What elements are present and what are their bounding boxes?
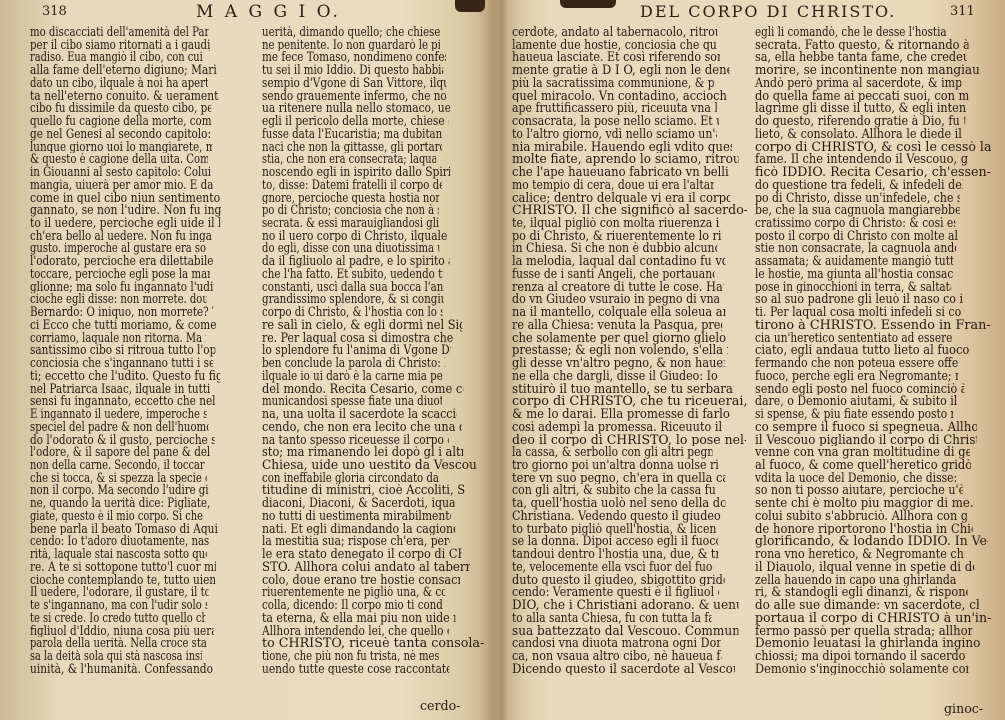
text-line: cendo, che non era lecito che una don- (262, 421, 462, 434)
text-line: ci Ecco che tutti moriamo, & come acqua (30, 319, 217, 332)
text-line: po di Christo, disse un'infedele, che sa… (755, 192, 960, 205)
text-line: molte fiate, aprendo lo sciamo, ritrouò (512, 153, 738, 166)
text-line: & me lo darai. Ella promesse di farlo, & (512, 408, 730, 421)
text-line: santissimo cibo si ritroua tutto l'oppos… (30, 344, 215, 357)
text-line: ge nel Genesi al secondo capitolo: In qu… (30, 128, 215, 141)
text-line: deo il corpo di CHRISTO, lo pose nel- (512, 434, 746, 447)
text-line: lamente due hostie, conciosia che quiui … (512, 39, 717, 52)
text-line: stie non consacrate, la cagnuola andosse… (755, 242, 956, 255)
text-line: noscendo egli in ispirito dallo Spiritos… (262, 166, 450, 179)
text-line: re alla Chiesa: venuta la Pasqua, pregol… (512, 319, 722, 332)
text-line: bene parla il beato Tomaso di Aquino, di… (30, 523, 218, 536)
text-line: speciel del padre & non dell'huomo, seco… (30, 421, 209, 434)
text-line: na il mantello, colquale ella soleua and… (512, 306, 725, 319)
text-line: ch'era bello al uedere. Non fu ingannato… (30, 230, 212, 243)
text-line: to l'altro giorno, vdì nello sciamo un'a… (512, 128, 717, 141)
text-line: uerità, dimando quello; che chiese il la… (262, 26, 442, 39)
text-line: cendo: Veramente questi è il figliuol d'… (512, 586, 719, 599)
text-line: consacrata, la pose nello sciamo. Et uen… (512, 115, 719, 128)
text-line: glorificando, & lodando IDDIO. In Ve- (755, 535, 988, 548)
page-number: 318 (42, 4, 67, 19)
text-line: il Vescouo pigliando il corpo di Christo… (755, 434, 977, 447)
catchword: cerdo- (420, 698, 460, 713)
text-line: to turbato pigliò quell'hostia, & licent… (512, 523, 717, 536)
text-line: sensi fu ingannato, eccetto che nell'udi… (30, 395, 215, 408)
text-line: gli desse vn'altro pegno, & non hauendo- (512, 357, 725, 370)
text-line: ri, & standogli egli dinanzi, & risponde… (755, 586, 968, 599)
text-line: & questo è cagione della uita. Come si d… (30, 153, 208, 166)
text-line: fusse de i santi Angeli, che portauano r… (512, 268, 715, 281)
text-line: dare, o Demonio aiutami, & subito il fuo… (755, 395, 961, 408)
text-line: in Chiesa. Si che non è dubbio alcuno, c… (512, 242, 718, 255)
right-page: DEL CORPO DI CHRISTO. 311 cerdote, andat… (500, 0, 1005, 720)
text-line: assamata; & auidamente mangiò tutte quel… (755, 255, 953, 268)
text-line: gnore, percioche questa hostia non è il … (262, 192, 439, 205)
text-line: l'odorato, percioche era dilettabile. No… (30, 255, 214, 268)
text-line: titudine di ministri, cioè Accoliti, Sud… (262, 484, 465, 497)
text-column-left-2: uerità, dimando quello; che chiese il la… (262, 26, 484, 675)
text-line: sendo egli posto nel fuoco cominciò à gr… (755, 383, 964, 396)
text-line: stia, che non era consecrata; laqual cos… (262, 153, 436, 166)
text-line: nel Patriarca Isaac, ilquale in tutti gl… (30, 383, 213, 396)
text-line: alla fame dell'eterno digiuno; Maria ci … (30, 64, 217, 77)
text-column-right-1: cerdote, andato al tabernacolo, ritrouò … (512, 26, 748, 675)
text-line: sa, ella hebbe tanta fame, che credeua d… (755, 51, 967, 64)
text-line: po di Christo; conciosia che non à stata… (262, 204, 439, 217)
text-line: corriamo, laquale non ritorna. Ma in que… (30, 332, 206, 345)
text-line: lagrime gli disse il tutto, & egli inten… (755, 102, 966, 115)
text-line: te, ilqual pigliò con molta riuerenza il… (512, 217, 719, 230)
text-line: pose in ginocchioni in terra, & saltata … (755, 281, 951, 294)
text-line: tro giorno poi un'altra donna uolse risc… (512, 459, 718, 472)
text-line: chiossi; ma dipoi tornando il sacerdote,… (755, 650, 966, 663)
text-line: fame. Il che intendendo il Vescouo, glor… (755, 153, 968, 166)
text-line: corpo di CHRISTO, & così le cessò la (755, 141, 991, 154)
text-line: sente chi è molto piu maggior di me. Et (755, 497, 975, 510)
text-line: haueua lasciate. Et così riferendo somma… (512, 51, 720, 64)
text-line: morire, se incontinente non mangiaua. (755, 64, 980, 77)
text-line: fermo passò per quella strada; allhora i… (755, 625, 973, 638)
text-line: le hostie, ma giunta all'hostia consacra… (755, 268, 953, 281)
text-line: quello fu cagione della morte, come si l… (30, 115, 212, 128)
text-line: radiso. Eua mangiò il cibo, con cui c'in… (30, 51, 204, 64)
text-line: si spense, & piu fiate essendo posto nel… (755, 408, 953, 421)
text-line: mangia, uiuerà per amor mio. E da sapere (30, 179, 213, 192)
text-line: del mondo. Recita Cesario, come com- (262, 383, 463, 396)
text-line: dato un cibo, ilquale à noi ha aperto l'… (30, 77, 208, 90)
text-column-left-1: mo discacciati dell'amenità del Paradiso… (30, 26, 252, 675)
text-column-right-2: egli li comandò, che le desse l'hostia n… (755, 26, 991, 675)
text-line: grandissimo splendore, & si congiunse co… (262, 293, 444, 306)
text-line: cratissimo corpo di Christo: & così esse… (755, 217, 955, 230)
text-line: colla, dicendo: Il corpo mio ti conduca … (262, 599, 443, 612)
text-line: no il uero corpo di Christo, ilquale ued… (262, 230, 449, 243)
text-line: calice; dentro delquale vi era il corpo … (512, 192, 730, 205)
text-line: la mestitia sua; rispose ch'era, percioc… (262, 535, 450, 548)
text-line: mente gratie à D I O, egli non le denegò (512, 64, 730, 77)
text-line: ti; eccetto che l'udito. Questo fu figur… (30, 370, 220, 383)
text-line: con ineffabile gloria circondato da una … (262, 472, 441, 485)
text-line: non il corpo. Ma secondo l'udire giudica… (30, 484, 209, 497)
text-line: to il uedere, percioche egli uide il leg… (30, 217, 220, 230)
text-line: che si tocca, & si spezza la specie del … (30, 472, 207, 485)
text-line: egli li comandò, che le desse l'hostia n… (755, 26, 948, 39)
text-line: ne, quando la uerità dice: Pigliate, & m… (30, 497, 212, 510)
text-line: do questo, riferendo gratie à Dio, fu tu… (755, 115, 965, 128)
text-line: figliuol d'Iddio, niuna cosa più uera ch… (30, 625, 214, 638)
text-line: ta nell'eterno conuito. & ueramente quel (30, 90, 219, 103)
text-line: uinità, & l'humanità. Confessando questa (30, 663, 217, 676)
text-line: ua ritenere nulla nello stomaco, uedendo (262, 102, 450, 115)
text-line: fermando che non poteua essere offeso da… (755, 357, 958, 370)
text-line: cerdote, andato al tabernacolo, ritrouò … (512, 26, 718, 39)
text-line: secrata. Fatto questo, & ritornando à ca… (755, 39, 968, 52)
text-line: co sempre il fuoco si spegneua. Allhora (755, 421, 977, 434)
text-line: fusse data l'Eucaristia; ma dubitando i … (262, 128, 442, 141)
text-line: ne penitente. Io non guardarò le piaghe,… (262, 39, 440, 52)
text-line: sua battezzato dal Vescouo. Communi- (512, 625, 738, 638)
text-line: egli il pericolo della morte, chiese che… (262, 115, 449, 128)
text-line: te si crede. Io credo tutto quello che d… (30, 612, 205, 625)
text-line: do questione tra fedeli, & infedeli del … (755, 179, 963, 192)
text-line: posto il corpo di Christo con molte altr… (755, 230, 958, 243)
text-line: duto questo il giudeo, sbigottito gridò … (512, 574, 725, 587)
text-line: l'odore, & il sapore del pane & del uino… (30, 446, 212, 459)
text-line: so non ti posso aiutare, percioche u'è p… (755, 484, 963, 497)
text-line: Bernardo: O iniquo, non morrete? Tu lo d… (30, 306, 213, 319)
page-number: 311 (950, 4, 975, 19)
text-line: DIO, che i Christiani adorano. & uenu- (512, 599, 738, 612)
text-line: so al suo padrone gli leuò il naso co i … (755, 293, 963, 306)
text-line: tandoui dentro l'hostia una, due, & tre … (512, 548, 718, 561)
running-title: M A G G I O. (196, 2, 341, 22)
text-line: sempio d'Vgone di San Vittore, ilquale e… (262, 77, 447, 90)
text-line: gannato, se non l'udire. Non fu inganna- (30, 204, 221, 217)
text-line: mo discacciati dell'amenità del Paradiso… (30, 26, 209, 39)
text-line: no tutti di uestimenta mirabilmente ador (262, 510, 451, 523)
text-line: nia mirabile. Hauendo egli vdito questo (512, 141, 732, 154)
text-line: STO. Allhora colui andato al taberna- (262, 561, 470, 574)
text-line: corpo di Christo, & l'hostia con lo sple… (262, 306, 443, 319)
text-line: secrata. & essi marauigliandosi gli port… (262, 217, 439, 230)
text-line: lunque giorno uoi lo mangiarete, morrete… (30, 141, 213, 154)
text-line: ficò IDDIO. Recita Cesario, ch'essen- (755, 166, 992, 179)
text-line: ilquale io ui darò è la carne mia per la… (262, 370, 443, 383)
text-line: Andò però prima al sacerdote, & imputan- (755, 77, 961, 90)
text-line: Allhora intendendo lei, che quello era s… (262, 625, 449, 638)
text-line: to, disse: Datemi fratelli il corpo del … (262, 179, 442, 192)
text-line: per il cibo siamo ritornati a i gaudij d… (30, 39, 210, 52)
text-line: sto; ma rimanendo lei dopò gl i altri in (262, 446, 463, 459)
text-line: come in quel cibo niun sentimento fu in- (30, 192, 222, 205)
text-line: tirono à CHRISTO. Essendo in Fran- (755, 319, 995, 332)
text-line: conciosia che s'ingannano tutti i sentim… (30, 357, 213, 370)
text-line: me fece Tomaso, nondimeno confesso che (262, 51, 446, 64)
text-line: na, una uolta il sacerdote la scacciò, d… (262, 408, 457, 421)
text-line: Il uedere, l'odorare, il gustare, il toc… (30, 586, 209, 599)
text-line: vdita la uoce del Demonio, che disse: Ad… (755, 472, 956, 485)
text-line: renza al creatore di tutte le cose. Haue… (512, 281, 724, 294)
text-line: be, che la sua cagnuola mangiarebbe il s… (755, 204, 960, 217)
text-line: nati. Et egli dimandando la cagione del- (262, 523, 455, 536)
text-line: al fuoco, & come quell'heretico gridò, f… (755, 459, 971, 472)
text-line: cia un'heretico sententiato ad essere ab… (755, 332, 953, 345)
text-line: lieto, & consolato. Allhora le diede il … (755, 128, 964, 141)
text-line: cibo fu dissimile da questo cibo, percio… (30, 102, 211, 115)
text-line: che l'ha fatto. Et subito, uedendo tutti… (262, 268, 443, 281)
text-line: ape fruttificassero più, riceuuta vna ho… (512, 102, 717, 115)
text-line: ca, non vsaua altro cibo, nè haueua fame… (512, 650, 721, 663)
text-line: ta eterna, & ella mai piu non uide nulla… (262, 612, 455, 625)
text-line: tu sei il mio Iddio. Di questo habbiamo … (262, 64, 443, 77)
text-line: re. A te si sottopone tutto'l cuor mio, … (30, 561, 216, 574)
text-line: na tanto spesso riceuesse il corpo di Ch… (262, 434, 449, 447)
text-line: lo splendore fu l'anima di Vgone Dunque (262, 344, 451, 357)
text-line: do vn Giudeo vsuraio in pegno di vna don… (512, 293, 719, 306)
text-line: cioche contemplando te, tutto uien meno. (30, 574, 215, 587)
text-line: do alle sue dimande: vn sacerdote, che (755, 599, 979, 612)
text-line: stituirò il tuo mantello, se tu serbarai… (512, 383, 734, 396)
text-line: non della carne. Secondo, il toccare, pe… (30, 459, 205, 472)
text-line: Dicendo questo il sacerdote al Vescouo (512, 663, 735, 676)
text-line: la cassa, & serbollo con gli altri pegni… (512, 446, 712, 459)
text-line: così adempì la promessa. Riceuuto il giu… (512, 421, 724, 434)
text-line: le era stato denegato il corpo di CHRI- (262, 548, 462, 561)
text-line: Demonio leuatasi la ghirlanda inginoc- (755, 637, 980, 650)
text-line: constanti, uscì dalla sua bocca l'anima … (262, 281, 443, 294)
text-line: riuerentemente ne pigliò una, & communi (262, 586, 445, 599)
text-line: diaconi, Diaconi, & Sacerdoti, iquali er… (262, 497, 455, 510)
text-line: do egli, disse con una diuotissima uoce:… (262, 242, 439, 255)
text-line: rona vno heretico, & Negromante chiamò (755, 548, 964, 561)
text-line: in Giouanni al sesto capitolo: Colui, ch… (30, 166, 211, 179)
text-line: cioche egli disse: non morrete. doue dic… (30, 293, 207, 306)
text-line: venne con vna gran moltitudine di gente (755, 446, 970, 459)
text-line: to CHRISTO, riceuè tanta consola- (262, 637, 486, 650)
text-line: quel miracolo. Vn contadino, accioche le (512, 90, 727, 103)
text-line: tere vn suo pegno, ch'era in quella cass… (512, 472, 725, 485)
text-line: toccare, percioche egli pose la mano, & … (30, 268, 210, 281)
text-line: glionne; ma solo fu ingannato l'udito, p… (30, 281, 214, 294)
text-line: do quella fame ai peccati suoi, con molt… (755, 90, 968, 103)
text-line: cendo: Io t'adoro diuotamente, nascosta … (30, 535, 209, 548)
text-line: ciato, egli andaua tutto lieto al fuoco,… (755, 344, 970, 357)
text-line: che l'ape haueuano fabricato vn bellissi… (512, 166, 729, 179)
text-line: do l'odorato & il gusto, percioche si se… (30, 434, 215, 447)
text-line: con gli altri, & subito che la cassa fu … (512, 484, 718, 497)
left-page: 318 M A G G I O. mo discacciati dell'ame… (0, 0, 490, 720)
text-line: te s'ingannano, ma con l'udir solo sicur… (30, 599, 207, 612)
text-line: tione, che più non fu trista, nè mesta. … (262, 650, 439, 663)
text-line: sa la deità sola qui stà nascosa insieme… (30, 650, 202, 663)
text-line: municandosi spesse fiate una diuota matr… (262, 395, 442, 408)
text-line: la melodia, laqual dal contadino fu vdit… (512, 255, 725, 268)
text-line: fuoco, perche egli era Negromante; ma es… (755, 370, 958, 383)
text-line: gusto. imperoche al gustare era soaue. N… (30, 242, 206, 255)
text-line: colui subito s'abbruciò. Allhora con gra… (755, 510, 967, 523)
text-line: giate, questo è il mio corpo. Si che di … (30, 510, 204, 523)
catchword: ginoc- (944, 701, 983, 716)
text-line: se la donna. Dipoi acceso egli il fuoco,… (512, 535, 718, 548)
text-line: Chiesa, uide uno uestito da Vescouo (262, 459, 476, 472)
text-line: ben conclude la parola di Christo: Il pa… (262, 357, 445, 370)
text-line: mo tempio di cera, doue ui era l'altare,… (512, 179, 714, 192)
text-line: re salì in cielo, & egli dormì nel Signo… (262, 319, 462, 332)
text-line: E ingannato il uedere, imperoche si uede… (30, 408, 207, 421)
text-line: candosi vna diuota matrona ogni Domeni- (512, 637, 721, 650)
text-line: colo, doue erano tre hostie consacrate, (262, 574, 460, 587)
book-spread: 318 M A G G I O. mo discacciati dell'ame… (0, 0, 1005, 720)
text-line: parola della uerità. Nella croce staua n… (30, 637, 207, 650)
text-line: da il figliuolo al padre, e lo spirito à… (262, 255, 449, 268)
text-line: te, velocemente ella vscì fuor del fuoco… (512, 561, 713, 574)
text-line: rità, laquale stai nascosta sotto queste… (30, 548, 207, 561)
text-line: re. Per laqual cosa si dimostra che quel… (262, 332, 455, 345)
running-title: DEL CORPO DI CHRISTO. (640, 2, 896, 21)
text-line: prestasse; & egli non volendo, s'ella no… (512, 344, 728, 357)
text-line: ne ella che dargli, disse il Giudeo: Io … (512, 370, 720, 383)
text-line: ta, quell'hostia uolò nel seno della don… (512, 497, 725, 510)
text-line: corpo di CHRISTO, che tu riceuerai, (512, 395, 752, 408)
text-line: ti. Per laqual cosa molti infedeli si co… (755, 306, 961, 319)
text-line: sendo grauemente infermo, che non pote- (262, 90, 446, 103)
text-line: po di Christo, & riuerentemente lo ripos… (512, 230, 722, 243)
text-line: portaua il corpo di CHRISTO à un'in- (755, 612, 991, 625)
text-line: Christiana. Vedendo questo il giudeo, tu… (512, 510, 721, 523)
text-line: il Diauolo, ilqual venne in spetie di do… (755, 561, 974, 574)
text-line: che solamente per quel giorno glielo im- (512, 332, 728, 345)
text-line: zella hauendo in capo una ghirlanda di f… (755, 574, 960, 587)
text-line: CHRISTO. Il che significò al sacerdo- (512, 204, 747, 217)
text-line: Demonio s'inginocchiò solamente con un (755, 663, 968, 676)
text-line: più la sacratissima communione, & public… (512, 77, 714, 90)
text-line: de honore riportorono l'hostia in Chiesa (755, 523, 973, 536)
text-line: uendo tutte queste cose raccontate al sa… (262, 663, 449, 676)
text-line: naci che non la gittasse, gli portarono … (262, 141, 442, 154)
text-line: to alla santa Chiesa, fu con tutta la fa… (512, 612, 712, 625)
